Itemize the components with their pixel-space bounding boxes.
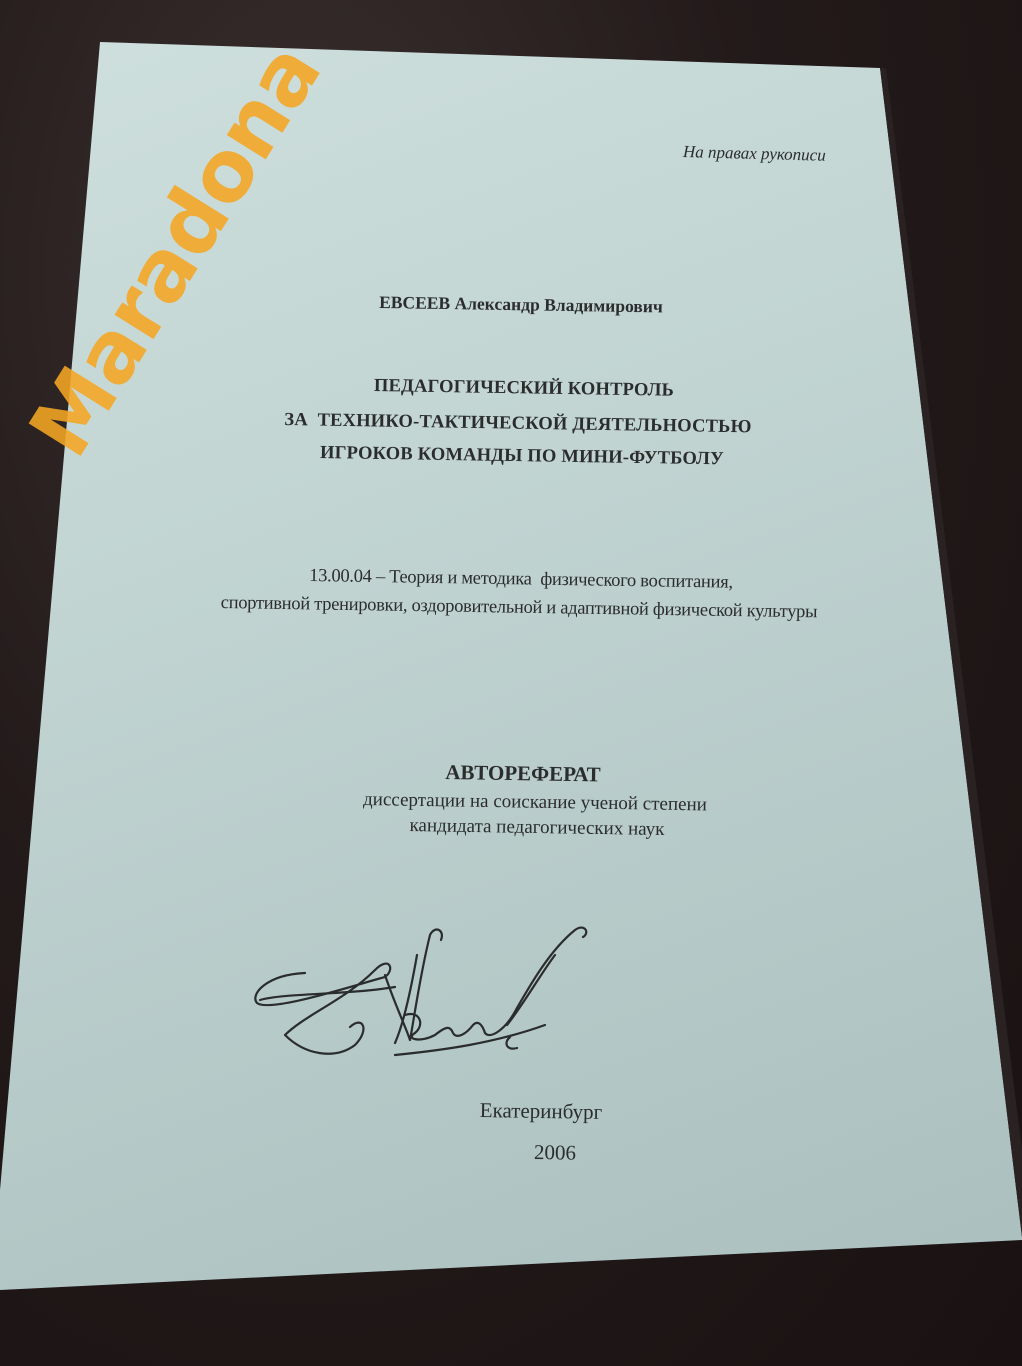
signature-icon	[245, 915, 605, 1095]
author-name: ЕВСЕЕВ Александр Владимирович	[379, 292, 663, 317]
abstract-line-2: кандидата педагогических наук	[409, 815, 664, 841]
publication-year: 2006	[534, 1140, 576, 1166]
rights-note: На правах рукописи	[683, 142, 826, 166]
abstract-title: АВТОРЕФЕРАТ	[445, 760, 601, 787]
publication-city: Екатеринбург	[480, 1098, 603, 1125]
